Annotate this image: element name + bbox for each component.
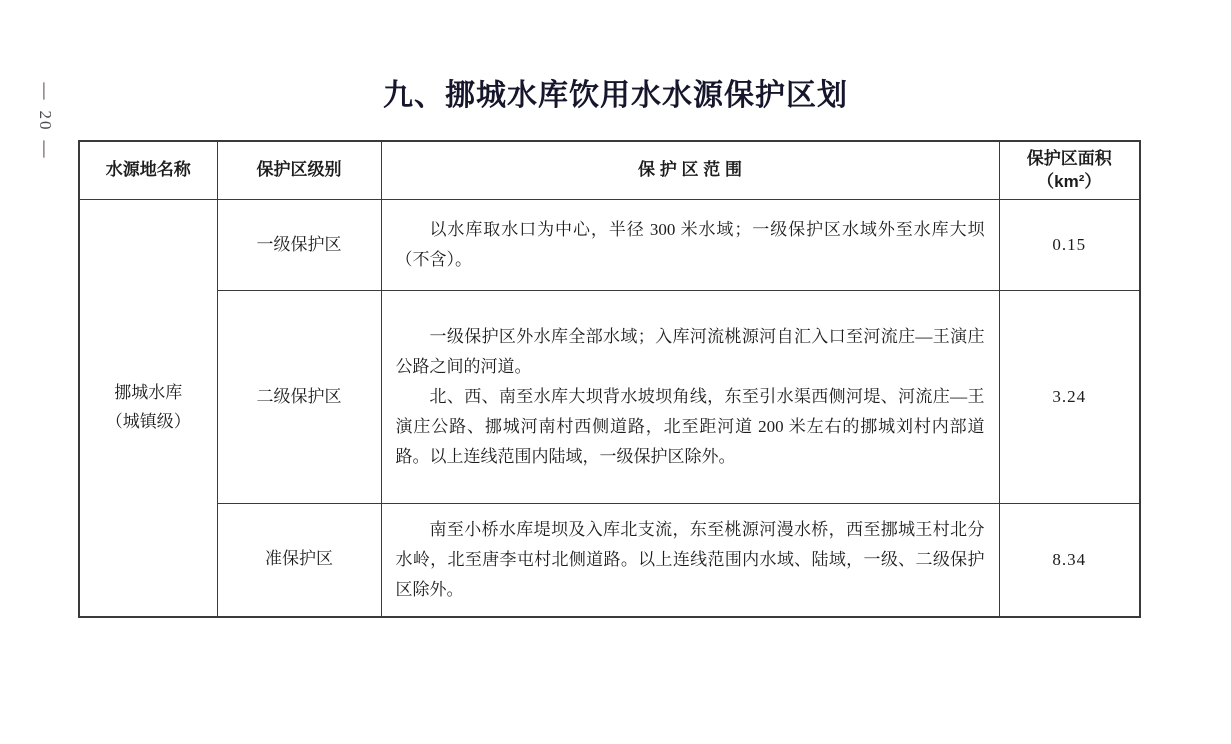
cell-level-2: 二级保护区 (217, 291, 381, 504)
header-area-line2: （km²） (1004, 171, 1136, 194)
scope-paragraph: 以水库取水口为中心，半径 300 米水域；一级保护区水域外至水库大坝（不含）。 (396, 215, 985, 275)
header-area-line1: 保护区面积 (1004, 148, 1136, 171)
cell-scope-2: 一级保护区外水库全部水域；入库河流桃源河自汇入口至河流庄—王演庄公路之间的河道。… (381, 291, 999, 504)
header-area: 保护区面积 （km²） (999, 141, 1140, 200)
page-title: 九、挪城水库饮用水水源保护区划 (0, 70, 1231, 114)
header-source-name: 水源地名称 (79, 141, 217, 200)
cell-area-1: 0.15 (999, 200, 1140, 291)
cell-area-3: 8.34 (999, 504, 1140, 617)
table-row: 挪城水库 （城镇级） 一级保护区 以水库取水口为中心，半径 300 米水域；一级… (79, 200, 1140, 291)
table-row: 二级保护区 一级保护区外水库全部水域；入库河流桃源河自汇入口至河流庄—王演庄公路… (79, 291, 1140, 504)
page-number-dash-bottom: — (36, 132, 55, 169)
header-level: 保护区级别 (217, 141, 381, 200)
source-name-line2: （城镇级） (86, 408, 211, 437)
table-row: 准保护区 南至小桥水库堤坝及入库北支流，东至桃源河漫水桥，西至挪城王村北分水岭，… (79, 504, 1140, 617)
cell-level-3: 准保护区 (217, 504, 381, 617)
cell-scope-3: 南至小桥水库堤坝及入库北支流，东至桃源河漫水桥，西至挪城王村北分水岭，北至唐李屯… (381, 504, 999, 617)
table-header-row: 水源地名称 保护区级别 保 护 区 范 围 保护区面积 （km²） (79, 141, 1140, 200)
scope-paragraph: 南至小桥水库堤坝及入库北支流，东至桃源河漫水桥，西至挪城王村北分水岭，北至唐李屯… (396, 515, 985, 605)
cell-scope-1: 以水库取水口为中心，半径 300 米水域；一级保护区水域外至水库大坝（不含）。 (381, 200, 999, 291)
scope-paragraph: 北、西、南至水库大坝背水坡坝角线，东至引水渠西侧河堤、河流庄—王演庄公路、挪城河… (396, 382, 985, 472)
scope-paragraph: 一级保护区外水库全部水域；入库河流桃源河自汇入口至河流庄—王演庄公路之间的河道。 (396, 322, 985, 382)
document-page: { "page": { "gutter_dash": "—", "page_nu… (0, 0, 1231, 744)
protection-zone-table: 水源地名称 保护区级别 保 护 区 范 围 保护区面积 （km²） 挪城水库 （… (78, 140, 1141, 618)
cell-source-name: 挪城水库 （城镇级） (79, 200, 217, 617)
header-scope: 保 护 区 范 围 (381, 141, 999, 200)
source-name-line1: 挪城水库 (86, 379, 211, 408)
cell-area-2: 3.24 (999, 291, 1140, 504)
cell-level-1: 一级保护区 (217, 200, 381, 291)
